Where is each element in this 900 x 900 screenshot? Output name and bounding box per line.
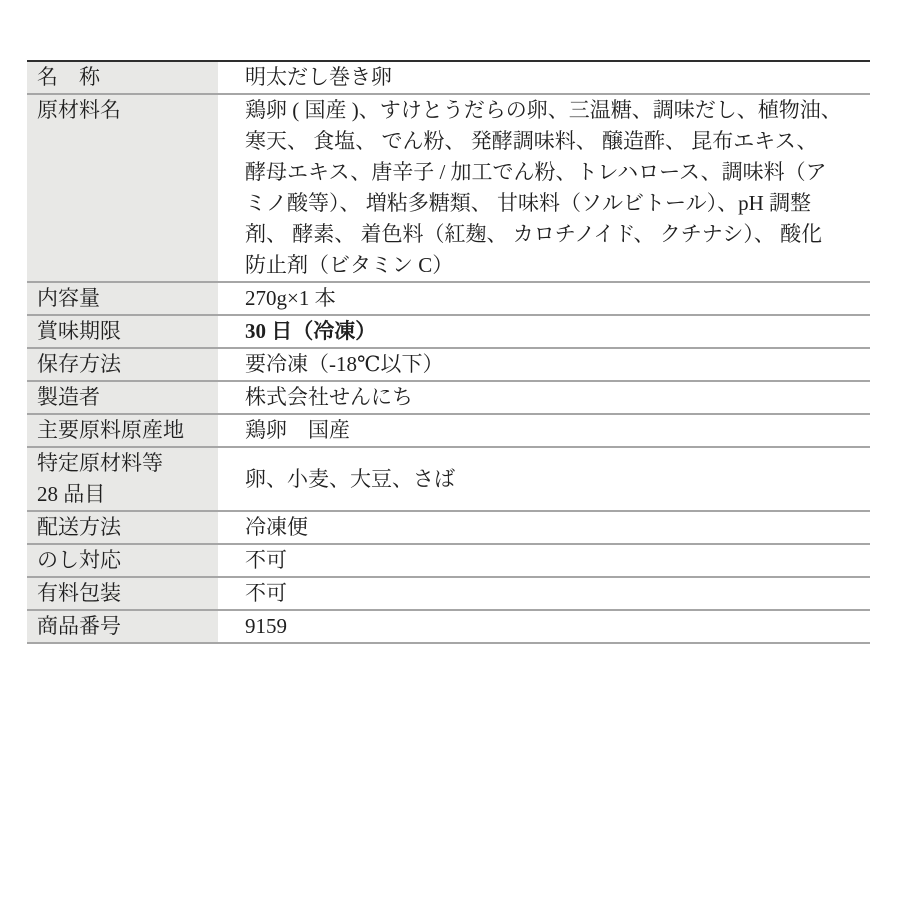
row-manufacturer-value: 株式会社せんにち: [218, 382, 870, 413]
row-manufacturer: 製造者 株式会社せんにち: [27, 382, 870, 415]
label-text: 配送方法: [37, 515, 121, 539]
row-origin-value: 鶏卵 国産: [218, 415, 870, 446]
row-noshi-support: のし対応 不可: [27, 545, 870, 578]
row-paid-wrapping-label: 有料包装: [27, 578, 218, 609]
label-text: 主要原料原産地: [37, 418, 184, 442]
row-best-before: 賞味期限 30 日（冷凍）: [27, 316, 870, 349]
row-noshi-support-label: のし対応: [27, 545, 218, 576]
row-ingredients: 原材料名 鶏卵 ( 国産 )、すけとうだらの卵、三温糖、調味だし、植物油、 寒天…: [27, 95, 870, 283]
label-line: 特定原材料等: [37, 448, 218, 479]
row-storage-method-label: 保存方法: [27, 349, 218, 380]
row-best-before-value: 30 日（冷凍）: [218, 316, 870, 347]
ingredients-line: 剤、 酵素、 着色料（紅麹、 カロチノイド、 クチナシ）、 酸化: [245, 219, 870, 250]
row-allergens-value: 卵、小麦、大豆、さば: [218, 448, 870, 510]
value-text: 明太だし巻き卵: [245, 62, 870, 93]
ingredients-line: 寒天、 食塩、 でん粉、 発酵調味料、 醸造酢、 昆布エキス、: [245, 126, 870, 157]
value-text: 鶏卵 国産: [245, 415, 870, 446]
row-net-content-value: 270g×1 本: [218, 283, 870, 314]
value-text: 卵、小麦、大豆、さば: [245, 464, 870, 495]
ingredients-line: 鶏卵 ( 国産 )、すけとうだらの卵、三温糖、調味だし、植物油、: [245, 95, 870, 126]
ingredients-line: ミノ酸等）、 増粘多糖類、 甘味料（ソルビトール）、pH 調整: [245, 188, 870, 219]
row-origin-label: 主要原料原産地: [27, 415, 218, 446]
row-paid-wrapping: 有料包装 不可: [27, 578, 870, 611]
value-text: 株式会社せんにち: [245, 382, 870, 413]
label-text: 有料包装: [37, 581, 121, 605]
row-storage-method-value: 要冷凍（-18℃以下）: [218, 349, 870, 380]
row-origin: 主要原料原産地 鶏卵 国産: [27, 415, 870, 448]
value-text: 不可: [245, 578, 870, 609]
value-text: 要冷凍（-18℃以下）: [245, 349, 870, 380]
value-text: 冷凍便: [245, 512, 870, 543]
label-text: 名 称: [37, 65, 100, 89]
row-best-before-label: 賞味期限: [27, 316, 218, 347]
product-spec-table: 名 称 明太だし巻き卵 原材料名 鶏卵 ( 国産 )、すけとうだらの卵、三温糖、…: [27, 60, 870, 644]
row-ingredients-value: 鶏卵 ( 国産 )、すけとうだらの卵、三温糖、調味だし、植物油、 寒天、 食塩、…: [218, 95, 870, 281]
label-text: 原材料名: [37, 98, 121, 122]
row-ingredients-label: 原材料名: [27, 95, 218, 281]
row-item-number: 商品番号 9159: [27, 611, 870, 644]
row-name-value: 明太だし巻き卵: [218, 62, 870, 93]
label-text: のし対応: [37, 548, 121, 572]
label-text: 内容量: [37, 286, 100, 310]
label-text: 製造者: [37, 385, 100, 409]
value-text: 9159: [245, 611, 870, 642]
label-text: 商品番号: [37, 614, 121, 638]
value-text: 270g×1 本: [245, 283, 870, 314]
ingredients-line: 防止剤（ビタミン C）: [245, 250, 870, 281]
row-name: 名 称 明太だし巻き卵: [27, 62, 870, 95]
row-net-content-label: 内容量: [27, 283, 218, 314]
ingredients-line: 酵母エキス、唐辛子 / 加工でん粉、トレハロース、調味料（ア: [245, 157, 870, 188]
row-shipping-method-label: 配送方法: [27, 512, 218, 543]
row-name-label: 名 称: [27, 62, 218, 93]
value-text: 不可: [245, 545, 870, 576]
row-noshi-support-value: 不可: [218, 545, 870, 576]
row-storage-method: 保存方法 要冷凍（-18℃以下）: [27, 349, 870, 382]
row-item-number-value: 9159: [218, 611, 870, 642]
row-paid-wrapping-value: 不可: [218, 578, 870, 609]
value-text: 30 日（冷凍）: [245, 316, 870, 347]
row-manufacturer-label: 製造者: [27, 382, 218, 413]
label-text: 保存方法: [37, 352, 121, 376]
row-shipping-method: 配送方法 冷凍便: [27, 512, 870, 545]
row-shipping-method-value: 冷凍便: [218, 512, 870, 543]
row-net-content: 内容量 270g×1 本: [27, 283, 870, 316]
row-allergens: 特定原材料等 28 品目 卵、小麦、大豆、さば: [27, 448, 870, 512]
row-item-number-label: 商品番号: [27, 611, 218, 642]
label-line: 28 品目: [37, 479, 218, 510]
row-allergens-label: 特定原材料等 28 品目: [27, 448, 218, 510]
label-text: 賞味期限: [37, 319, 121, 343]
